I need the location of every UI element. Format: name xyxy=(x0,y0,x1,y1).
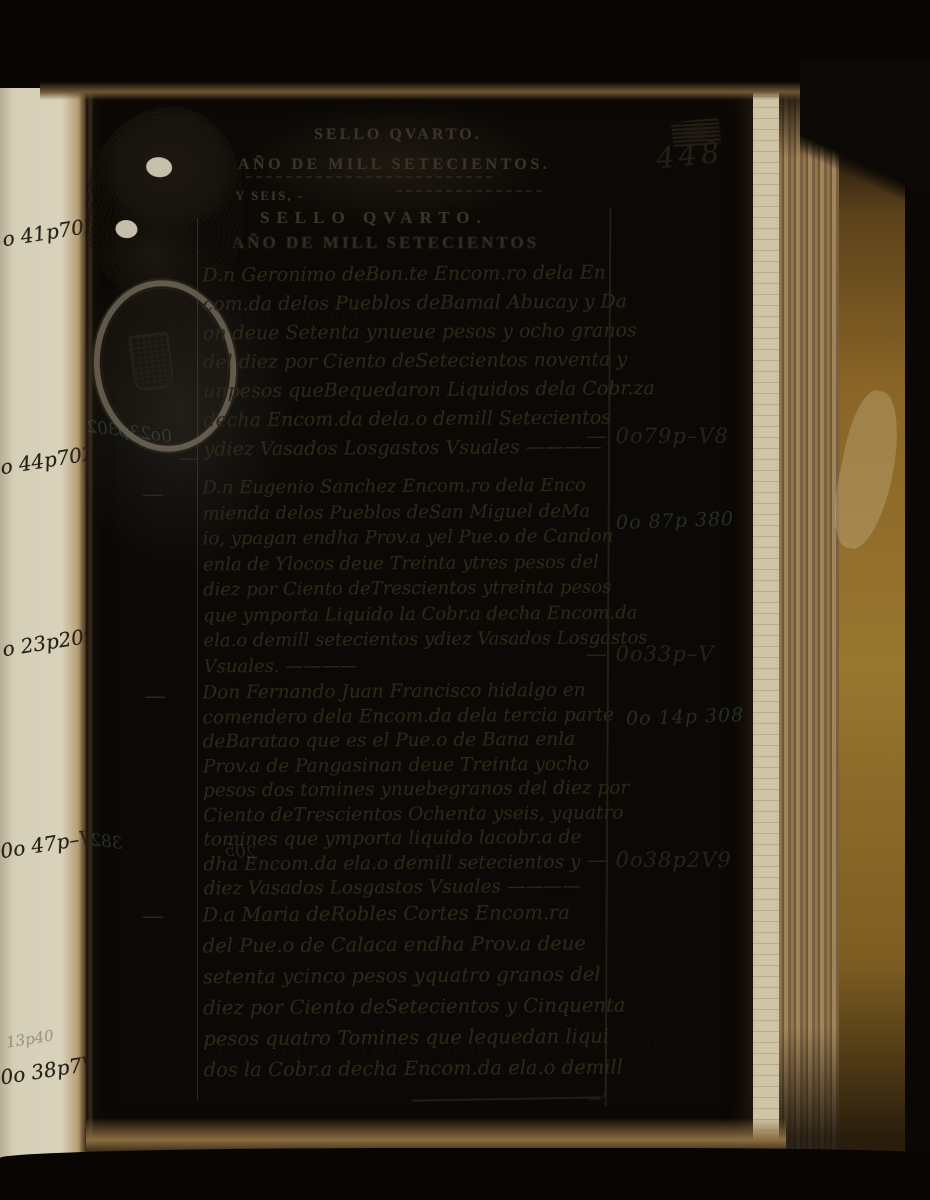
margin-sum-faint: 13p40 xyxy=(5,1026,55,1051)
seal-gap xyxy=(145,156,173,179)
stamp-line: Y SEIS, - xyxy=(235,188,304,204)
bleed-amount: 0o 14p 308 xyxy=(626,704,745,730)
encomienda-entry: D.n Geronimo deBon.te Encom.ro dela En c… xyxy=(202,259,615,465)
entry-dash-marker: — xyxy=(144,684,166,709)
manuscript-line: dha Encom.da ela.o demill setecientos y xyxy=(203,850,615,877)
stamp-underline xyxy=(246,176,492,178)
manuscript-line: io, ypagan endha Prov.a yel Pue.o de Can… xyxy=(203,524,615,552)
manuscript-line: comendero dela Encom.da dela tercia part… xyxy=(202,703,614,730)
manuscript-line: Vsuales. ———— xyxy=(204,651,616,679)
manuscript-line: dos la Cobr.a decha Encom.da ela.o demil… xyxy=(203,1052,615,1086)
manuscript-line: deBaratao que es el Pue.o de Bana enla xyxy=(203,728,615,755)
margin-sum: 0o 38p7V xyxy=(0,1051,86,1090)
photo-backdrop-top xyxy=(0,0,930,88)
bleed-number: 382 xyxy=(89,830,124,854)
entry-dash-marker: — xyxy=(142,904,164,929)
entry-dash-marker: — xyxy=(142,482,164,507)
manuscript-line: ydiez Vasados Losgastos Vsuales ———— xyxy=(204,433,616,465)
page-edges-light xyxy=(753,80,779,1160)
seal-gap xyxy=(115,219,139,239)
manuscript-line: mienda delos Pueblos deSan Miguel deMa xyxy=(202,498,614,526)
bleed-amount: 0o 87p 380 xyxy=(616,508,735,534)
photo-backdrop-bottom xyxy=(0,1148,930,1200)
backdrop-corner xyxy=(800,60,930,320)
margin-amount: — 0o79p–V8 xyxy=(586,424,729,448)
manuscript-line: Ciento deTrescientos Ochenta yseis, yqua… xyxy=(203,801,615,828)
manuscript-line: Don Fernando Juan Francisco hidalgo en xyxy=(202,679,614,706)
manuscript-line: setenta ycinco pesos yquatro granos del xyxy=(203,959,615,993)
stamp-line: AÑO DE MILL SETECIENTOS xyxy=(232,233,539,253)
manuscript-photo: o 41p702 o 44p702 o 23p209 0o 47p–V 0o 3… xyxy=(0,0,930,1200)
manuscript-line: on deue Setenta ynueue pesos y ocho gran… xyxy=(203,317,615,349)
margin-amount: — 0o38p2V9 xyxy=(586,848,732,872)
folio-number: 448 xyxy=(654,135,725,176)
manuscript-line: Prov.a de Pangasinan deue Treinta yocho xyxy=(203,752,615,779)
stamp-line: AÑO DE MILL SETECIENTOS. xyxy=(238,156,550,174)
manuscript-line: ela.o demill setecientos ydiez Vasados L… xyxy=(203,626,615,654)
manuscript-line: com.da delos Pueblos deBamal Abucay y Da xyxy=(202,288,614,320)
margin-sum: o 23p209 xyxy=(1,623,86,662)
entry-dash-marker: — xyxy=(178,446,200,471)
manuscript-line: D.a Maria deRobles Cortes Encom.ra xyxy=(202,897,614,931)
manuscript-line: del diez por Ciento deSetecientos novent… xyxy=(203,346,615,378)
margin-amount: — 0o33p–V xyxy=(586,642,715,666)
manuscript-line: decha Encom.da dela.o demill Setecientos xyxy=(203,404,615,436)
encomienda-entry: D.n Eugenio Sanchez Encom.ro dela Enco m… xyxy=(202,473,615,680)
facing-page-edge: o 41p702 o 44p702 o 23p209 0o 47p–V 0o 3… xyxy=(0,86,86,1162)
manuscript-line: pesos dos tomines ynuebegranos del diez … xyxy=(203,777,615,804)
page-bottom-edge xyxy=(86,1118,786,1152)
text-frame-bottom-rule xyxy=(412,1096,600,1101)
manuscript-line: diez por Ciento deSetecientos y Cinquent… xyxy=(203,990,615,1024)
margin-sum: 0o 47p–V xyxy=(0,825,86,863)
manuscript-line: del Pue.o de Calaca endha Prov.a deue xyxy=(203,928,615,962)
margin-sum: o 44p702 xyxy=(0,441,86,480)
manuscript-line: tomines que ymporta liquido lacobr.a de xyxy=(203,826,615,853)
manuscript-line: que ymporta Liquido la Cobr.a decha Enco… xyxy=(203,600,615,628)
manuscript-line: D.n Geronimo deBon.te Encom.ro dela En xyxy=(202,259,614,291)
text-frame-left-rule xyxy=(197,218,198,1100)
manuscript-page: io, ypagan endha Prov.a yel Pue.o de Can… xyxy=(86,90,760,1156)
coat-of-arms xyxy=(128,331,175,391)
stamp-line: SELLO QVARTO. xyxy=(260,208,488,228)
manuscript-line: unpesos queBequedaron Liquidos dela Cobr… xyxy=(203,375,615,407)
stamp-underline xyxy=(396,190,542,192)
manuscript-line: diez por Ciento deTrescientos ytreinta p… xyxy=(203,575,615,603)
stamp-line: SELLO QVARTO. xyxy=(314,126,482,144)
encomienda-entry: Don Fernando Juan Francisco hidalgo en c… xyxy=(202,679,616,902)
bleed-number: 205 xyxy=(223,840,258,864)
manuscript-line: pesos quatro Tomines que lequedan liqui xyxy=(203,1021,615,1055)
manuscript-line: enla de Ylocos deue Treinta ytres pesos … xyxy=(203,549,615,577)
encomienda-entry: D.a Maria deRobles Cortes Encom.ra del P… xyxy=(202,897,615,1086)
page-top-edge xyxy=(40,82,930,100)
manuscript-line: D.n Eugenio Sanchez Encom.ro dela Enco xyxy=(202,473,614,501)
margin-sum: o 41p702 xyxy=(1,213,86,252)
